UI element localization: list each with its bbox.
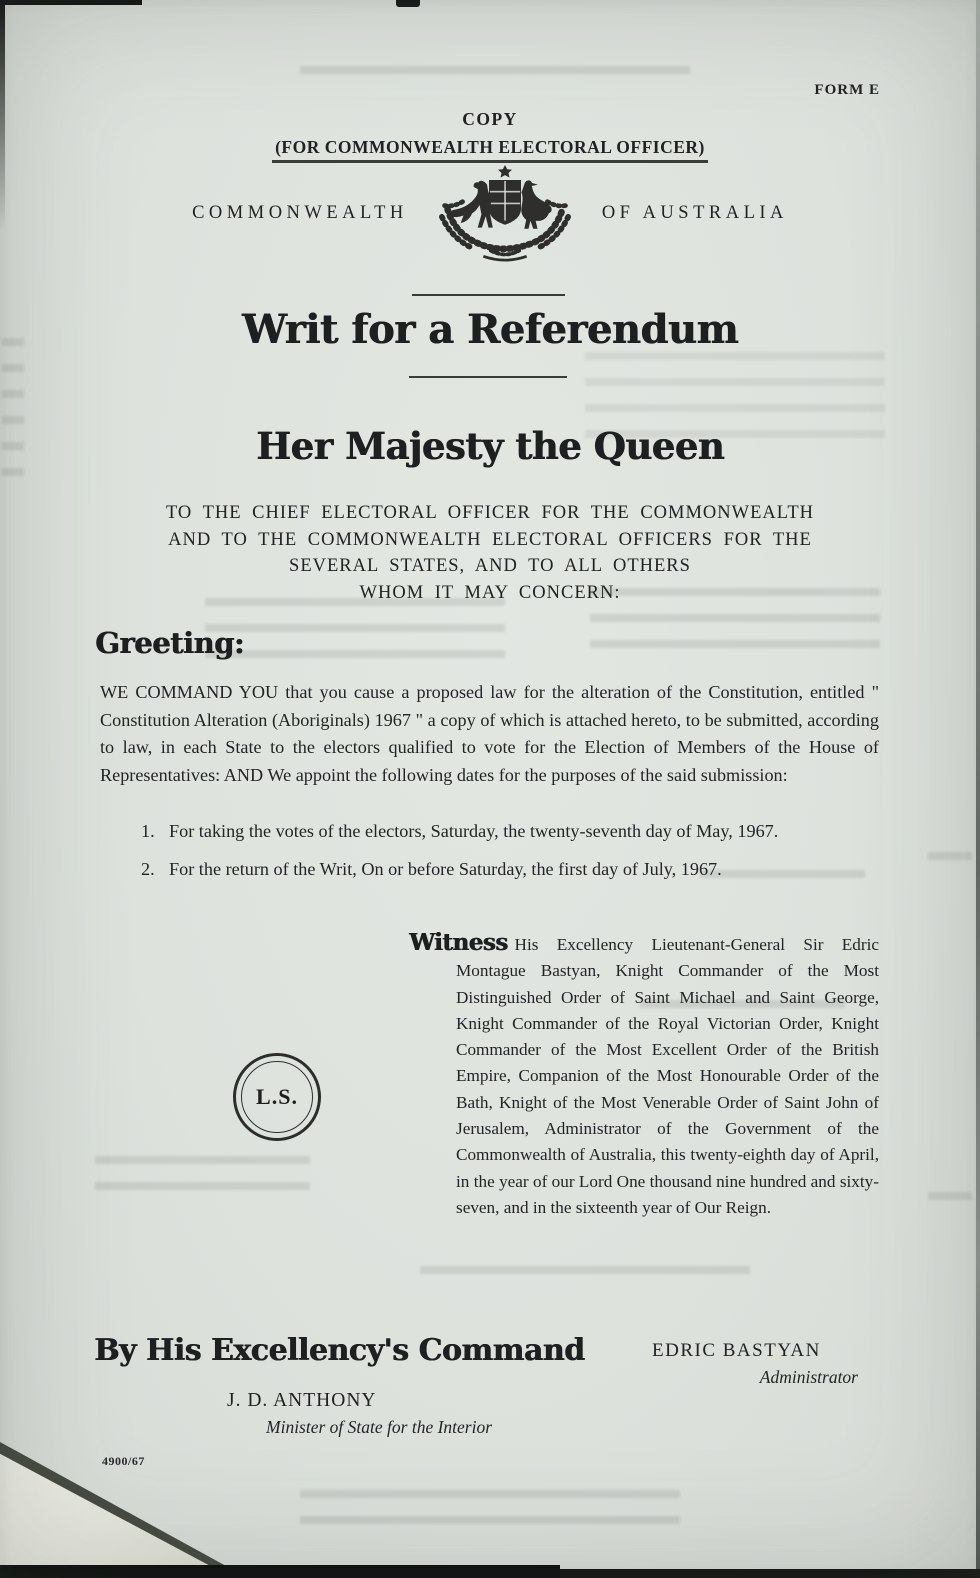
scan-edge-left (0, 0, 5, 230)
scan-edge-right (976, 0, 980, 1578)
list-item-number: 2. (141, 856, 169, 882)
appointed-dates-list: 1. For taking the votes of the electors,… (141, 818, 886, 894)
form-label: FORM E (814, 82, 880, 99)
address-block: TO THE CHIEF ELECTORAL OFFICER FOR THE C… (0, 500, 980, 606)
bleedthrough-mark (300, 1490, 680, 1534)
copy-subheading: (FOR COMMONWEALTH ELECTORAL OFFICER) (0, 137, 980, 158)
royal-heading: Her Majesty the Queen (0, 424, 980, 468)
of-australia-label: OF AUSTRALIA (602, 203, 788, 224)
bleedthrough-mark (420, 1266, 750, 1290)
commonwealth-of-australia-row: COMMONWEALTH (0, 164, 980, 262)
minister-title: Minister of State for the Interior (266, 1417, 492, 1438)
bleedthrough-mark (928, 1192, 972, 1212)
copy-heading: COPY (0, 109, 980, 130)
command-paragraph: WE COMMAND YOU that you cause a proposed… (100, 679, 879, 789)
document-page: FORM E COPY (FOR COMMONWEALTH ELECTORAL … (0, 0, 980, 1578)
scan-edge-bottom-left (0, 1565, 560, 1578)
page-title: Writ for a Referendum (0, 306, 980, 353)
command-closing-line: By His Excellency's Command (94, 1333, 584, 1368)
seal-label: L.S. (256, 1084, 298, 1110)
address-line: SEVERAL STATES, AND TO ALL OTHERS (0, 553, 980, 580)
bleedthrough-mark (928, 852, 972, 876)
address-line: WHOM IT MAY CONCERN: (0, 580, 980, 607)
list-item: 2. For the return of the Writ, On or bef… (141, 856, 886, 882)
australian-coat-of-arms-icon (434, 164, 576, 262)
list-item-text: For the return of the Writ, On or before… (169, 856, 722, 882)
title-rule-top (412, 294, 565, 296)
administrator-title: Administrator (640, 1367, 858, 1388)
form-number: 4900/67 (102, 1454, 145, 1469)
witness-lead-word: Witness (409, 929, 508, 956)
list-item-number: 1. (141, 818, 169, 844)
list-item: 1. For taking the votes of the electors,… (141, 818, 886, 844)
seal-circle: L.S. (233, 1053, 321, 1141)
list-item-text: For taking the votes of the electors, Sa… (169, 818, 778, 844)
minister-name: J. D. ANTHONY (227, 1390, 377, 1412)
scan-edge-notch (396, 0, 420, 7)
scan-edge-top (0, 0, 142, 5)
witness-paragraph: WitnessHis Excellency Lieutenant-General… (409, 930, 879, 1221)
address-line: AND TO THE COMMONWEALTH ELECTORAL OFFICE… (0, 527, 980, 554)
bleedthrough-mark (300, 66, 690, 82)
commonwealth-label: COMMONWEALTH (192, 203, 408, 224)
bleedthrough-mark (205, 598, 505, 658)
copy-subheading-underline (272, 160, 708, 163)
administrator-name: EDRIC BASTYAN (652, 1340, 821, 1362)
bleedthrough-mark (95, 1156, 310, 1196)
witness-text: His Excellency Lieutenant-General Sir Ed… (456, 935, 879, 1217)
address-line: TO THE CHIEF ELECTORAL OFFICER FOR THE C… (0, 500, 980, 527)
title-rule-bottom (409, 376, 567, 378)
seal-inner-ring: L.S. (241, 1061, 313, 1133)
greeting-heading: Greeting: (95, 626, 244, 660)
